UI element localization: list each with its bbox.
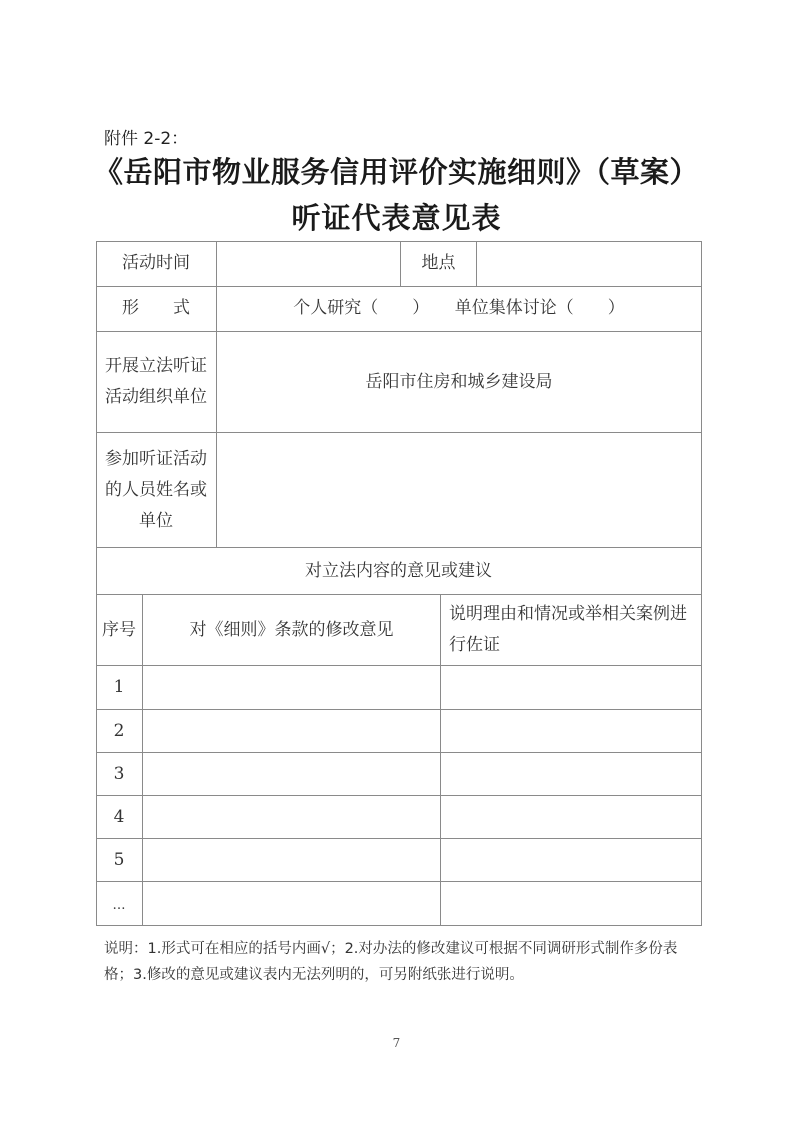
organizer-label: 开展立法听证活动组织单位 xyxy=(102,332,210,432)
location-field[interactable] xyxy=(477,241,701,286)
participants-label: 参加听证活动的人员姓名或单位 xyxy=(102,433,210,547)
column-header-reason: 说明理由和情况或举相关案例进行佐证 xyxy=(441,595,701,665)
table-row-seq: 2 xyxy=(96,710,142,752)
table-row-opinion-field[interactable] xyxy=(143,839,440,881)
table-row-opinion-field[interactable] xyxy=(143,753,440,795)
table-row-reason-field[interactable] xyxy=(441,839,701,881)
format-options[interactable]: 个人研究（ ） 单位集体讨论（ ） xyxy=(217,286,701,331)
table-row-opinion-field[interactable] xyxy=(143,796,440,838)
table-border-bottom xyxy=(96,925,701,926)
table-border-right xyxy=(701,241,702,926)
location-label: 地点 xyxy=(401,241,476,286)
table-row-reason-field[interactable] xyxy=(441,882,701,925)
activity-time-label: 活动时间 xyxy=(96,241,216,286)
table-row-seq: 4 xyxy=(96,796,142,838)
table-row-seq: 3 xyxy=(96,753,142,795)
footnote: 说明：1.形式可在相应的括号内画√；2.对办法的修改建议可根据不同调研形式制作多… xyxy=(104,936,704,988)
table-row-seq: 1 xyxy=(96,666,142,709)
column-header-opinion: 对《细则》条款的修改意见 xyxy=(143,595,440,665)
table-row-reason-field[interactable] xyxy=(441,796,701,838)
organizer-value: 岳阳市住房和城乡建设局 xyxy=(217,332,701,432)
column-header-seq: 序号 xyxy=(102,595,136,665)
opinion-form-table: 活动时间 地点 形 式 个人研究（ ） 单位集体讨论（ ） 开展立法听证活动组织… xyxy=(96,241,701,925)
table-row-opinion-field[interactable] xyxy=(143,882,440,925)
participants-field[interactable] xyxy=(217,433,701,547)
attachment-label: 附件 2-2： xyxy=(104,124,188,149)
opinions-section-title: 对立法内容的意见或建议 xyxy=(96,548,701,594)
document-subtitle: 听证代表意见表 xyxy=(0,196,793,237)
format-label: 形 式 xyxy=(96,286,216,331)
page-number: 7 xyxy=(0,1036,793,1050)
table-row-seq: … xyxy=(96,882,142,925)
table-row-opinion-field[interactable] xyxy=(143,666,440,709)
activity-time-field[interactable] xyxy=(217,241,400,286)
table-row-reason-field[interactable] xyxy=(441,710,701,752)
document-title: 《岳阳市物业服务信用评价实施细则》（草案） xyxy=(0,150,793,191)
table-row-reason-field[interactable] xyxy=(441,753,701,795)
table-row-seq: 5 xyxy=(96,839,142,881)
table-row-reason-field[interactable] xyxy=(441,666,701,709)
table-row-opinion-field[interactable] xyxy=(143,710,440,752)
